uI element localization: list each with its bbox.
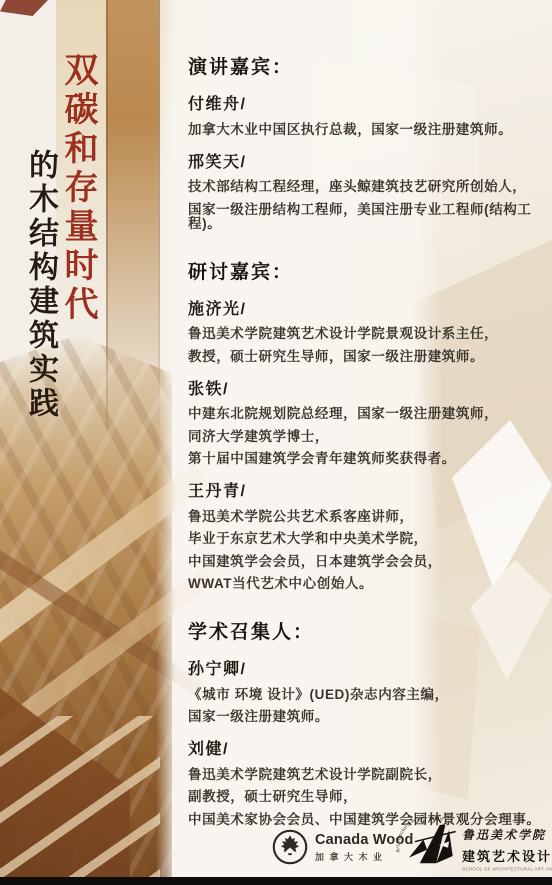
person-bio-line: 同济大学建筑学博士，	[188, 430, 542, 444]
person-bio-line: 《城市 环境 设计》(UED)杂志内容主编，	[188, 688, 542, 702]
guest-section: 演讲嘉宾：付维舟/加拿大木业中国区执行总裁，国家一级注册建筑师。邢笑天/技术部结…	[188, 52, 542, 231]
lafa-a-mark-icon: Architecture Art &Design	[396, 817, 460, 873]
guest-section: 学术召集人：孙宁卿/《城市 环境 设计》(UED)杂志内容主编，国家一级注册建筑…	[188, 617, 542, 827]
bottom-black-bar	[0, 877, 552, 885]
person-bio-line: 中国建筑学会会员，日本建筑学会会员，	[188, 555, 542, 569]
person-name: 邢笑天/	[188, 149, 542, 172]
poster-title-dark: 的木结构建筑实践	[25, 149, 55, 421]
person-name: 孙宁卿/	[188, 656, 542, 679]
person-bio-line: 第十届中国建筑学会青年建筑师奖获得者。	[188, 452, 542, 466]
person-bio-line: 毕业于东京艺术大学和中央美术学院，	[188, 532, 542, 546]
person-name: 刘健/	[188, 736, 542, 759]
wood-beam	[0, 540, 203, 695]
footer-logos: Canada Wood 加拿大木业 Architecture Art &Desi…	[0, 815, 552, 877]
person-name: 王丹青/	[188, 478, 542, 501]
person-bio-line: 技术部结构工程经理，座头鲸建筑技艺研究所创始人，	[188, 180, 542, 194]
person-bio-line: 鲁迅美术学院公共艺术系客座讲师，	[188, 510, 542, 524]
wood-beam	[106, 0, 160, 430]
section-header: 演讲嘉宾：	[188, 52, 542, 79]
person-bio-line: WWAT当代艺术中心创始人。	[188, 577, 542, 591]
section-header: 研讨嘉宾：	[188, 257, 542, 284]
person-name: 付维舟/	[188, 91, 542, 114]
guest-list: 演讲嘉宾：付维舟/加拿大木业中国区执行总裁，国家一级注册建筑师。邢笑天/技术部结…	[188, 52, 542, 853]
event-poster: 双碳和存量时代 的木结构建筑实践 演讲嘉宾：付维舟/加拿大木业中国区执行总裁，国…	[0, 0, 552, 885]
lafa-school-logo: Architecture Art &Design 鲁迅美术学院 建筑艺术设计学院…	[396, 817, 552, 873]
guest-section: 研讨嘉宾：施济光/鲁迅美术学院建筑艺术设计学院景观设计系主任，教授，硕士研究生导…	[188, 257, 542, 592]
wood-beam	[0, 567, 216, 764]
poster-title-red: 双碳和存量时代	[61, 52, 95, 325]
person-bio-line: 教授，硕士研究生导师，国家一级注册建筑师。	[188, 350, 542, 364]
person-bio-line: 国家一级注册建筑师。	[188, 710, 542, 724]
person-name: 张铁/	[188, 376, 542, 399]
person-bio-line: 副教授，硕士研究生导师，	[188, 790, 542, 804]
lafa-school-script: 鲁迅美术学院	[462, 826, 552, 843]
lafa-text: 鲁迅美术学院 建筑艺术设计学院 SCHOOL OF ARCHITECTURAL …	[462, 826, 552, 873]
lafa-school-caption: SCHOOL OF ARCHITECTURAL ART AND DESIGN L…	[462, 867, 552, 872]
person-bio-line: 鲁迅美术学院建筑艺术设计学院副院长，	[188, 768, 542, 782]
person-bio-line: 中建东北院规划院总经理，国家一级注册建筑师，	[188, 407, 542, 421]
person-name: 施济光/	[188, 296, 542, 319]
section-header: 学术召集人：	[188, 617, 542, 644]
person-bio-line: 加拿大木业中国区执行总裁，国家一级注册建筑师。	[188, 123, 542, 137]
lafa-school-name: 建筑艺术设计学院	[462, 846, 552, 865]
person-bio-line: 国家一级注册结构工程师，美国注册专业工程师(结构工程)。	[188, 203, 542, 231]
maple-leaf-circle-icon	[272, 829, 308, 865]
person-bio-line: 鲁迅美术学院建筑艺术设计学院景观设计系主任，	[188, 327, 542, 341]
corner-accent	[0, 0, 48, 16]
wood-beam	[0, 463, 210, 652]
canada-wood-logo: Canada Wood 加拿大木业	[272, 829, 414, 865]
